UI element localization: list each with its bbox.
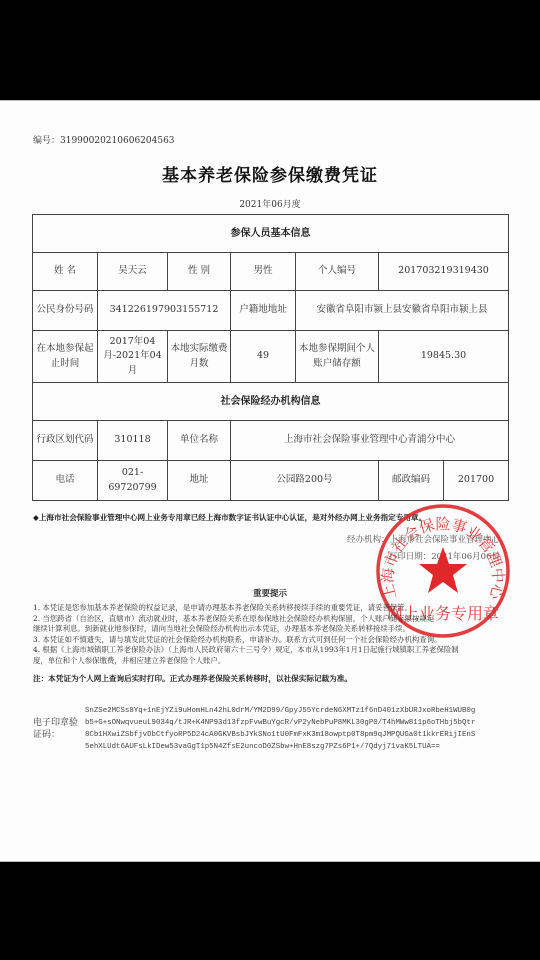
- document-title: 基本养老保险参保缴费凭证: [0, 161, 540, 186]
- footnote: 注：本凭证为个人网上查询后实时打印。正式办理养老保险关系转移时，以社保实际记载为…: [33, 673, 352, 684]
- code-line: b5+G+sONwqvueuL9034q/tJR+K4NP93d13fzpFvw…: [85, 717, 475, 729]
- tips-list: 1. 本凭证是您参加基本养老保险的权益记录，是申请办理基本养老保险关系转移接续手…: [33, 603, 513, 667]
- document-number: 编号：31990020210606204563: [33, 133, 175, 146]
- insured-section-heading: 参保人员基本信息: [33, 215, 509, 253]
- address-label: 地址: [168, 461, 231, 501]
- hukou-value: 安徽省阜阳市颍上县安徽省阜阳市颍上县: [296, 291, 509, 331]
- code-line: SnZSe2MCSs8Yq+1nEjYZi9uHomHLn42hL0drM/YM…: [85, 705, 475, 717]
- document-period: 2021年06月度: [0, 197, 540, 210]
- months-label: 本地实际缴费月数: [168, 331, 231, 383]
- hukou-label: 户籍地地址: [231, 291, 296, 331]
- tip-line: 继续计算利息。到新就业地参保时，请向当地社会保险经办机构出示本凭证，办理基本养老…: [33, 624, 513, 635]
- tip-line: 1. 本凭证是您参加基本养老保险的权益记录，是申请办理基本养老保险关系转移接续手…: [33, 603, 513, 614]
- name-label: 姓 名: [33, 253, 98, 291]
- address-value: 公园路200号: [231, 461, 379, 501]
- tip-line: 4. 根据《上海市城镇职工养老保险办法》（上海市人民政府第六十三号令）规定，本市…: [33, 645, 513, 656]
- phone-value: 021-69720799: [98, 461, 168, 501]
- tips-title: 重要提示: [0, 587, 540, 599]
- name-value: 吴天云: [98, 253, 168, 291]
- verification-label: 电子印章验证码：: [33, 717, 78, 741]
- balance-label: 本地参保期间个人账户储存额: [296, 331, 379, 383]
- region-code-label: 行政区划代码: [33, 421, 98, 461]
- id-value: 341226197903155712: [98, 291, 231, 331]
- postcode-label: 邮政编码: [379, 461, 444, 501]
- period-label: 在本地参保起止时间: [33, 331, 98, 383]
- period-value: 2017年04月-2021年04月: [98, 331, 168, 383]
- region-code-value: 310118: [98, 421, 168, 461]
- certification-notice: ◆上海市社会保险事业管理中心网上业务专用章已经上海市数字证书认证中心认证，是对外…: [33, 512, 426, 523]
- postcode-value: 201700: [444, 461, 509, 501]
- unit-name-label: 单位名称: [168, 421, 231, 461]
- tip-line: 度，单位和个人参保缴费，并相应建立养老保险个人账户。: [33, 656, 513, 667]
- info-table: 参保人员基本信息 姓 名 吴天云 性 别 男性 个人编号 20170321931…: [32, 214, 509, 501]
- gender-label: 性 别: [168, 253, 231, 291]
- code-line: 5ehXLUdt6AUFsLkIDew53vaGgT1p5N4ZfsE2unco…: [85, 741, 475, 753]
- gender-value: 男性: [231, 253, 296, 291]
- agency-section-heading: 社会保险经办机构信息: [33, 383, 509, 421]
- personal-no-label: 个人编号: [296, 253, 379, 291]
- code-line: 8Cb1HXwiZSbfjvDbCtfyoRP5D24cA0GKVBsbJYkS…: [85, 729, 475, 741]
- months-value: 49: [231, 331, 296, 383]
- personal-no-value: 201703219319430: [379, 253, 509, 291]
- unit-name-value: 上海市社会保险事业管理中心青浦分中心: [231, 421, 509, 461]
- certificate-page: 编号：31990020210606204563 基本养老保险参保缴费凭证 202…: [0, 100, 540, 862]
- phone-label: 电话: [33, 461, 98, 501]
- tip-line: 2. 当您跨省（自治区，直辖市）流动就业时，基本养老保险关系在原参保地社会保险经…: [33, 614, 513, 625]
- id-label: 公民身份号码: [33, 291, 98, 331]
- verification-code: SnZSe2MCSs8Yq+1nEjYZi9uHomHLn42hL0drM/YM…: [85, 705, 475, 753]
- tip-line: 3. 本凭证如不慎遗失，请与填发此凭证的社会保险经办机构联系，申请补办。联系方式…: [33, 635, 513, 646]
- balance-value: 19845.30: [379, 331, 509, 383]
